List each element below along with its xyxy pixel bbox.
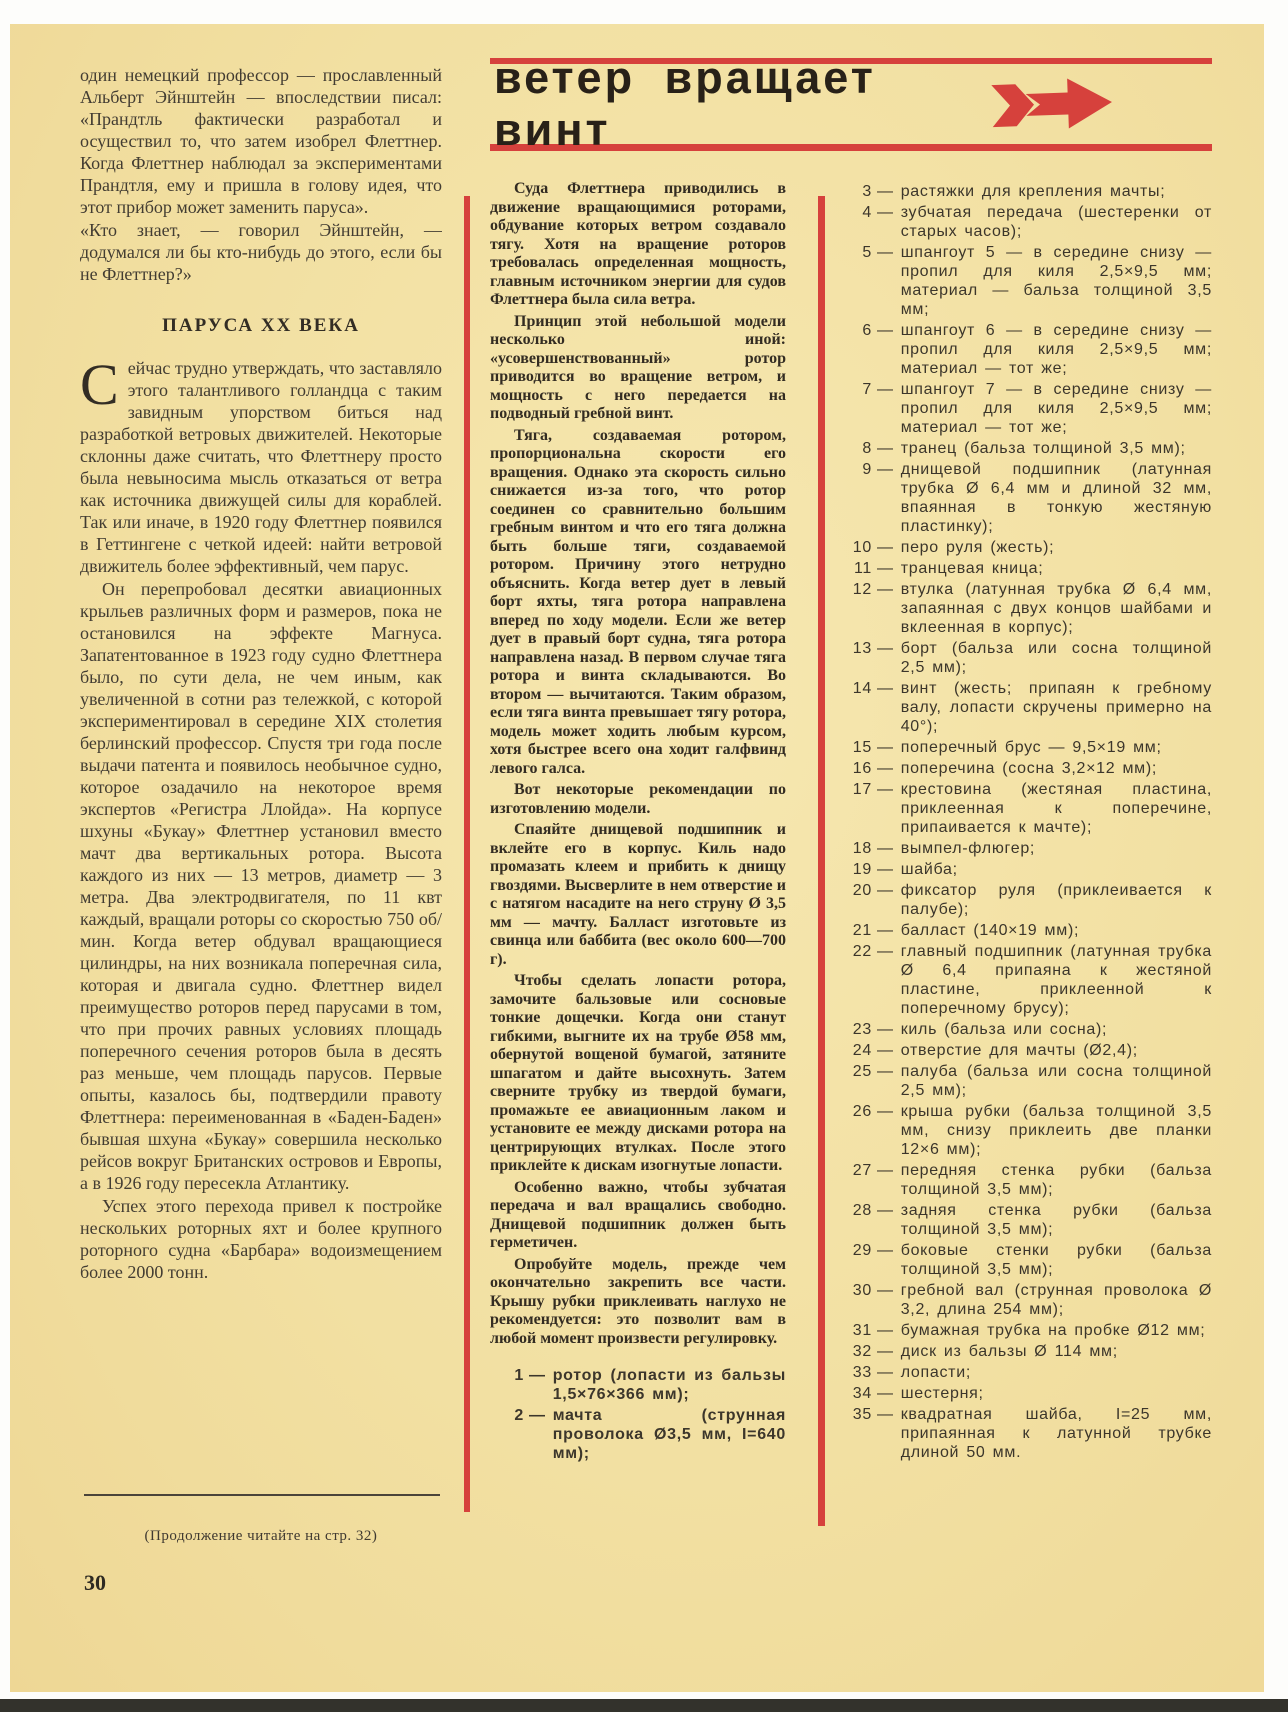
part-number: 5 [838, 243, 872, 319]
part-text: транцевая кница; [901, 559, 1212, 578]
part-text: поперечный брус — 9,5×19 мм; [901, 738, 1212, 757]
part-text: винт (жесть; припаян к гребному валу, ло… [901, 679, 1212, 736]
part-dash: — [872, 380, 901, 437]
part-dash: — [872, 738, 901, 757]
paragraph: Особенно важно, чтобы зубчатая передача … [490, 1179, 786, 1253]
part-number: 22 [838, 942, 872, 1018]
part-number: 35 [838, 1405, 872, 1462]
part-text: втулка (латунная трубка Ø 6,4 мм, запаян… [901, 580, 1212, 637]
part-text: лопасти; [901, 1363, 1212, 1382]
part-dash: — [872, 1102, 901, 1159]
part-text: борт (бальза или сосна толщиной 2,5 мм); [901, 639, 1212, 677]
magazine-page: ветер вращает винт один немецкий професс… [0, 0, 1288, 1712]
part-number: 15 [838, 738, 872, 757]
part-number: 23 [838, 1020, 872, 1039]
part-text: гребной вал (струнная проволока Ø 3,2, д… [901, 1281, 1212, 1319]
part-number: 26 [838, 1102, 872, 1159]
part-dash: — [872, 1062, 901, 1100]
part-text: шайба; [901, 860, 1212, 879]
part-item: 7 — шпангоут 7 — в середине снизу — проп… [838, 380, 1212, 437]
part-dash: — [872, 1321, 901, 1340]
part-dash: — [872, 460, 901, 536]
paragraph: Опробуйте модель, прежде чем окончательн… [490, 1256, 786, 1349]
part-item: 29 — боковые стенки рубки (бальза толщин… [838, 1241, 1212, 1279]
part-text: передняя стенка рубки (бальза толщиной 3… [901, 1161, 1212, 1199]
part-number: 1 [490, 1366, 524, 1404]
part-dash: — [872, 1241, 901, 1279]
part-item: 26 — крыша рубки (бальза толщиной 3,5 мм… [838, 1102, 1212, 1159]
part-dash: — [872, 860, 901, 879]
part-item: 25 — палуба (бальза или сосна толщиной 2… [838, 1062, 1212, 1100]
part-dash: — [872, 839, 901, 858]
part-text: фиксатор руля (приклеивается к палубе); [901, 881, 1212, 919]
paragraph: Чтобы сделать лопасти ротора, замочите б… [490, 972, 786, 1176]
part-number: 31 [838, 1321, 872, 1340]
paragraph: один немецкий профессор — прославленный … [80, 64, 442, 218]
paragraph: Тяга, создаваемая ротором, пропорциональ… [490, 427, 786, 779]
part-number: 27 [838, 1161, 872, 1199]
part-dash: — [872, 1363, 901, 1382]
part-dash: — [872, 1405, 901, 1462]
part-text: мачта (струнная проволока Ø3,5 мм, I=640… [553, 1406, 786, 1463]
part-item: 8 — транец (бальза толщиной 3,5 мм); [838, 439, 1212, 458]
part-dash: — [524, 1366, 553, 1404]
part-item: 13 — борт (бальза или сосна толщиной 2,5… [838, 639, 1212, 677]
part-number: 32 [838, 1342, 872, 1361]
part-text: отверстие для мачты (Ø2,4); [901, 1041, 1212, 1060]
part-dash: — [872, 580, 901, 637]
paragraph: Суда Флеттнера приводились в движение вр… [490, 180, 786, 310]
part-dash: — [872, 759, 901, 778]
part-number: 11 [838, 559, 872, 578]
part-item: 2 — мачта (струнная проволока Ø3,5 мм, I… [490, 1406, 786, 1463]
part-number: 18 [838, 839, 872, 858]
part-text: палуба (бальза или сосна толщиной 2,5 мм… [901, 1062, 1212, 1100]
part-dash: — [872, 243, 901, 319]
part-item: 21 — балласт (140×19 мм); [838, 921, 1212, 940]
part-number: 20 [838, 881, 872, 919]
part-item: 30 — гребной вал (струнная проволока Ø 3… [838, 1281, 1212, 1319]
part-item: 31 — бумажная трубка на пробке Ø12 мм; [838, 1321, 1212, 1340]
part-item: 28 — задняя стенка рубки (бальза толщино… [838, 1201, 1212, 1239]
part-number: 21 [838, 921, 872, 940]
part-dash: — [872, 182, 901, 201]
part-number: 17 [838, 780, 872, 837]
part-item: 9 — днищевой подшипник (латунная трубка … [838, 460, 1212, 536]
part-item: 19 — шайба; [838, 860, 1212, 879]
part-number: 16 [838, 759, 872, 778]
paragraph: Он перепробовал десятки авиационных крыл… [80, 578, 442, 1194]
part-dash: — [872, 679, 901, 736]
paragraph: «Кто знает, — говорил Эйнштейн, — додума… [80, 219, 442, 285]
intro-paragraphs: один немецкий профессор — прославленный … [80, 64, 442, 285]
part-dash: — [872, 1041, 901, 1060]
part-text: шпангоут 5 — в середине снизу — пропил д… [901, 243, 1212, 319]
part-number: 25 [838, 1062, 872, 1100]
part-number: 10 [838, 538, 872, 557]
paragraph: Принцип этой небольшой модели несколько … [490, 313, 786, 424]
part-text: зубчатая передача (шестеренки от старых … [901, 203, 1212, 241]
part-dash: — [872, 639, 901, 677]
part-number: 3 [838, 182, 872, 201]
part-text: задняя стенка рубки (бальза толщиной 3,5… [901, 1201, 1212, 1239]
part-text: растяжки для крепления мачты; [901, 182, 1212, 201]
part-item: 14 — винт (жесть; припаян к гребному вал… [838, 679, 1212, 736]
part-text: поперечина (сосна 3,2×12 мм); [901, 759, 1212, 778]
part-number: 2 [490, 1406, 524, 1463]
part-item: 17 — крестовина (жестяная пластина, прик… [838, 780, 1212, 837]
part-dash: — [872, 1201, 901, 1239]
red-rule-right [818, 196, 825, 1526]
part-item: 5 — шпангоут 5 — в середине снизу — проп… [838, 243, 1212, 319]
headline-block: ветер вращает винт [490, 58, 1212, 151]
part-number: 34 [838, 1384, 872, 1403]
part-text: шестерня; [901, 1384, 1212, 1403]
dropcap-paragraph: С ейчас трудно утверждать, что заставлял… [80, 357, 442, 577]
part-number: 30 [838, 1281, 872, 1319]
section-heading: ПАРУСА XX ВЕКА [80, 315, 442, 337]
paragraph: Вот некоторые рекомендации по изготовлен… [490, 781, 786, 818]
part-dash: — [872, 780, 901, 837]
part-item: 16 — поперечина (сосна 3,2×12 мм); [838, 759, 1212, 778]
part-dash: — [872, 881, 901, 919]
drop-cap: С [80, 357, 128, 408]
part-number: 8 [838, 439, 872, 458]
part-item: 34 — шестерня; [838, 1384, 1212, 1403]
red-arrow-icon [989, 71, 1117, 137]
middle-column: Суда Флеттнера приводились в движение вр… [490, 180, 786, 1650]
part-number: 13 [838, 639, 872, 677]
part-number: 4 [838, 203, 872, 241]
part-item: 22 — главный подшипник (латунная трубка … [838, 942, 1212, 1018]
part-dash: — [872, 439, 901, 458]
part-text: шпангоут 6 — в середине снизу — пропил д… [901, 321, 1212, 378]
part-dash: — [872, 1161, 901, 1199]
dropcap-paragraph-text: ейчас трудно утверждать, что заставляло … [80, 358, 442, 576]
part-text: днищевой подшипник (латунная трубка Ø 6,… [901, 460, 1212, 536]
part-item: 15 — поперечный брус — 9,5×19 мм; [838, 738, 1212, 757]
part-number: 7 [838, 380, 872, 437]
part-item: 4 — зубчатая передача (шестеренки от ста… [838, 203, 1212, 241]
page-number: 30 [84, 1570, 106, 1596]
part-text: киль (бальза или сосна); [901, 1020, 1212, 1039]
part-text: главный подшипник (латунная трубка Ø 6,4… [901, 942, 1212, 1018]
part-number: 14 [838, 679, 872, 736]
part-text: вымпел-флюгер; [901, 839, 1212, 858]
part-dash: — [872, 942, 901, 1018]
part-number: 19 [838, 860, 872, 879]
part-dash: — [524, 1406, 553, 1463]
red-rule-middle [464, 196, 470, 1512]
paragraph: Успех этого перехода привел к постройке … [80, 1195, 442, 1283]
part-number: 9 [838, 460, 872, 536]
middle-paragraphs: Суда Флеттнера приводились в движение вр… [490, 180, 786, 1348]
part-dash: — [872, 1384, 901, 1403]
part-item: 3 — растяжки для крепления мачты; [838, 182, 1212, 201]
part-text: боковые стенки рубки (бальза толщиной 3,… [901, 1241, 1212, 1279]
part-number: 28 [838, 1201, 872, 1239]
footer-divider [84, 1494, 440, 1496]
part-dash: — [872, 538, 901, 557]
part-item: 32 — диск из бальзы Ø 114 мм; [838, 1342, 1212, 1361]
part-number: 12 [838, 580, 872, 637]
part-dash: — [872, 1342, 901, 1361]
paragraph: Спаяйте днищевой подшипник и вклейте его… [490, 821, 786, 969]
part-item: 20 — фиксатор руля (приклеивается к палу… [838, 881, 1212, 919]
part-number: 6 [838, 321, 872, 378]
part-dash: — [872, 921, 901, 940]
part-text: балласт (140×19 мм); [901, 921, 1212, 940]
part-dash: — [872, 1020, 901, 1039]
part-number: 24 [838, 1041, 872, 1060]
part-text: перо руля (жесть); [901, 538, 1212, 557]
part-dash: — [872, 321, 901, 378]
scan-bottom-edge [0, 1699, 1288, 1712]
part-text: шпангоут 7 — в середине снизу — пропил д… [901, 380, 1212, 437]
continuation-note: (Продолжение читайте на стр. 32) [80, 1528, 442, 1545]
left-column: один немецкий профессор — прославленный … [80, 64, 442, 1488]
article-title: ветер вращает винт [494, 52, 990, 156]
part-item: 12 — втулка (латунная трубка Ø 6,4 мм, з… [838, 580, 1212, 637]
part-item: 35 — квадратная шайба, I=25 мм, припаянн… [838, 1405, 1212, 1462]
part-item: 10 — перо руля (жесть); [838, 538, 1212, 557]
part-item: 23 — киль (бальза или сосна); [838, 1020, 1212, 1039]
part-text: ротор (лопасти из бальзы 1,5×76×366 мм); [553, 1366, 786, 1404]
part-dash: — [872, 1281, 901, 1319]
part-text: квадратная шайба, I=25 мм, припаянная к … [901, 1405, 1212, 1462]
part-item: 6 — шпангоут 6 — в середине снизу — проп… [838, 321, 1212, 378]
body-paragraphs: Он перепробовал десятки авиационных крыл… [80, 578, 442, 1283]
part-item: 33 — лопасти; [838, 1363, 1212, 1382]
part-text: бумажная трубка на пробке Ø12 мм; [901, 1321, 1212, 1340]
parts-list-1-2: 1 — ротор (лопасти из бальзы 1,5×76×366 … [490, 1366, 786, 1463]
part-item: 18 — вымпел-флюгер; [838, 839, 1212, 858]
part-number: 29 [838, 1241, 872, 1279]
headline-row: ветер вращает винт [490, 64, 1212, 144]
part-text: диск из бальзы Ø 114 мм; [901, 1342, 1212, 1361]
part-text: крестовина (жестяная пластина, приклеенн… [901, 780, 1212, 837]
right-column-parts-list: 3 — растяжки для крепления мачты; 4 — зу… [838, 182, 1212, 1464]
part-number: 33 [838, 1363, 872, 1382]
part-text: крыша рубки (бальза толщиной 3,5 мм, сни… [901, 1102, 1212, 1159]
part-item: 1 — ротор (лопасти из бальзы 1,5×76×366 … [490, 1366, 786, 1404]
part-item: 27 — передняя стенка рубки (бальза толщи… [838, 1161, 1212, 1199]
part-item: 11 — транцевая кница; [838, 559, 1212, 578]
part-dash: — [872, 203, 901, 241]
part-dash: — [872, 559, 901, 578]
part-item: 24 — отверстие для мачты (Ø2,4); [838, 1041, 1212, 1060]
part-text: транец (бальза толщиной 3,5 мм); [901, 439, 1212, 458]
